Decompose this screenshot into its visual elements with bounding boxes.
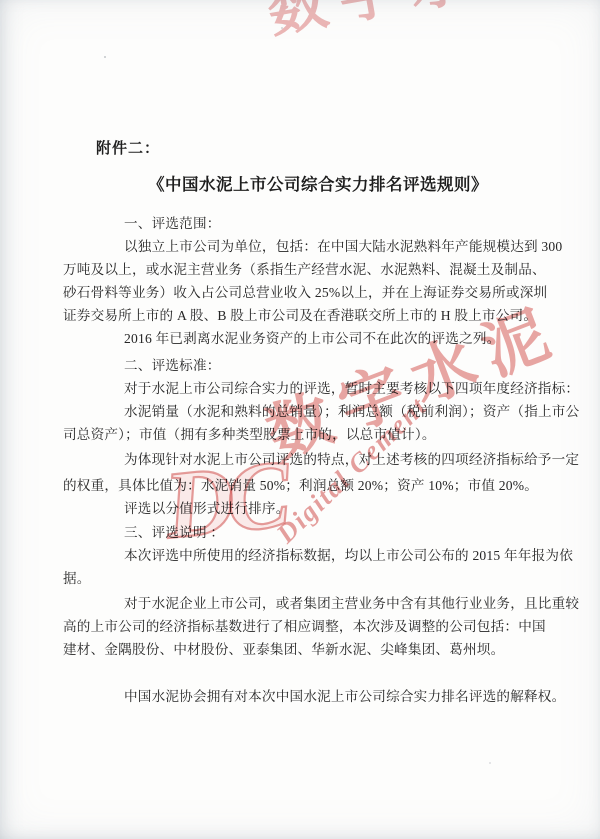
- doc-line: 为体现针对水泥上市公司评选的特点，对上述考核的四项经济指标给予一定: [63, 448, 541, 471]
- doc-line: 对于水泥企业上市公司，或者集团主营业务中含有其他行业业务，且比重较: [63, 592, 541, 615]
- watermark-top-fragment: 数字水泥: [263, 0, 557, 42]
- scan-speck: [104, 56, 106, 58]
- doc-line: 水泥销量（水泥和熟料的总销量）；利润总额（税前利润）；资产（指上市公: [63, 400, 541, 423]
- doc-line: 司总资产）；市值（拥有多种类型股票上市的，以总市值计）。: [63, 423, 541, 446]
- doc-line: 的权重，具体比值为：水泥销量 50%；利润总额 20%；资产 10%；市值 20…: [63, 474, 541, 497]
- doc-line: 对于水泥上市公司综合实力的评选，暂时主要考核以下四项年度经济指标：: [63, 377, 541, 400]
- doc-line: 本次评选中所使用的经济指标数据，均以上市公司公布的 2015 年年报为依: [63, 544, 541, 567]
- attachment-label: 附件二：: [96, 137, 160, 158]
- doc-line: 证券交易所上市的 A 股、B 股上市公司及在香港联交所上市的 H 股上市公司。: [63, 304, 541, 327]
- doc-line: 据。: [63, 567, 541, 590]
- document-page: 附件二： 《中国水泥上市公司综合实力排名评选规则》 一、评选范围： 以独立上市公…: [0, 0, 600, 839]
- doc-line: 万吨及以上，或水泥主营业务（系指生产经营水泥、水泥熟料、混凝土及制品、: [63, 258, 541, 281]
- doc-line: 砂石骨料等业务）收入占公司总营业收入 25%以上，并在上海证券交易所或深圳: [63, 281, 541, 304]
- section-heading: 一、评选范围：: [63, 212, 541, 235]
- doc-line: 中国水泥协会拥有对本次中国水泥上市公司综合实力排名评选的解释权。: [63, 685, 541, 708]
- doc-line: 评选以分值形式进行排序。: [63, 497, 541, 520]
- section-heading: 三、评选说明 ：: [63, 521, 541, 544]
- doc-line: 高的上市公司的经济指标基数进行了相应调整，本次涉及调整的公司包括：中国: [63, 615, 541, 638]
- doc-line: 以独立上市公司为单位，包括：在中国大陆水泥熟料年产能规模达到 300: [63, 235, 541, 258]
- document-body: 一、评选范围： 以独立上市公司为单位，包括：在中国大陆水泥熟料年产能规模达到 3…: [63, 212, 541, 708]
- scan-speck: [489, 762, 491, 764]
- scan-speck: [281, 27, 283, 29]
- doc-line: 建材、金隅股份、中材股份、亚泰集团、华新水泥、尖峰集团、葛州坝。: [63, 638, 541, 661]
- document-title: 《中国水泥上市公司综合实力排名评选规则》: [18, 171, 600, 195]
- doc-line: 2016 年已剥离水泥业务资产的上市公司不在此次的评选之列。: [63, 327, 541, 350]
- section-heading: 二、评选标准：: [63, 354, 541, 377]
